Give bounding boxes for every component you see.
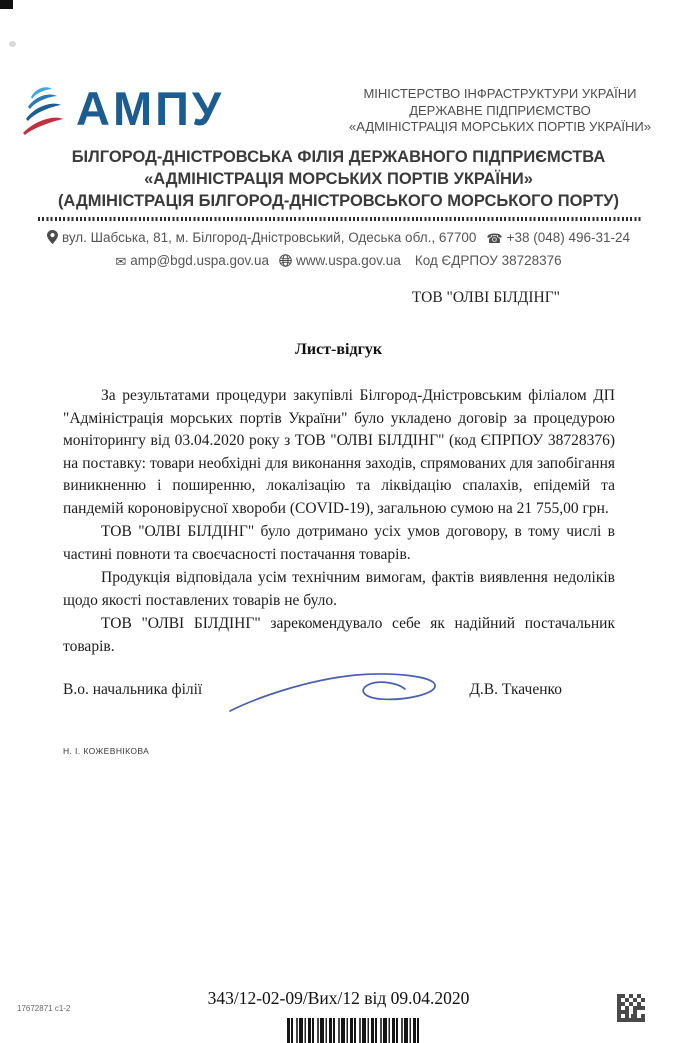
barcode (287, 1018, 420, 1043)
letter-body: За результатами процедури закупівлі Білг… (63, 385, 615, 658)
paragraph: ТОВ "ОЛВІ БІЛДІНГ" зарекомендувало себе … (63, 613, 615, 658)
signer-name: Д.В. Ткаченко (469, 681, 562, 699)
paragraph: За результатами процедури закупівлі Білг… (63, 385, 615, 520)
handwritten-signature (202, 664, 469, 716)
executor-name: Н. І. КОЖЕВНІКОВА (63, 746, 677, 756)
datamatrix-code (617, 994, 645, 1027)
reference-number: 343/12-02-09/Вих/12 від 09.04.2020 (0, 988, 677, 1009)
logo-wordmark: АМПУ (76, 84, 224, 134)
signature-row: В.о. начальника філії Д.В. Ткаченко (63, 662, 614, 718)
branch-line: (АДМІНІСТРАЦІЯ БІЛГОРОД-ДНІСТРОВСЬКОГО М… (0, 190, 677, 212)
paragraph: ТОВ "ОЛВІ БІЛДІНГ" було дотримано усіх у… (63, 521, 615, 566)
location-pin-icon (47, 230, 58, 244)
address-text: вул. Шабська, 81, м. Білгород-Дністровсь… (62, 230, 476, 245)
ministry-line: ДЕРЖАВНЕ ПІДПРИЄМСТВО (349, 103, 651, 120)
ministry-block: МІНІСТЕРСТВО ІНФРАСТРУКТУРИ УКРАЇНИ ДЕРЖ… (349, 82, 651, 136)
ministry-line: «АДМІНІСТРАЦІЯ МОРСЬКИХ ПОРТІВ УКРАЇНИ» (349, 119, 651, 136)
ampu-logo: АМПУ (20, 82, 224, 140)
phone-icon: ☎ (486, 232, 502, 247)
recipient: ТОВ "ОЛВІ БІЛДІНГ" (0, 289, 677, 307)
contact-line-web: ✉amp@bgd.uspa.gov.ua www.uspa.gov.uaКод … (0, 252, 677, 271)
phone-number: +38 (048) 496-31-24 (507, 230, 630, 245)
sail-logo-icon (20, 82, 64, 140)
edrpou-code: Код ЄДРПОУ 38728376 (415, 253, 562, 268)
contact-line-address: вул. Шабська, 81, м. Білгород-Дністровсь… (0, 229, 677, 248)
scan-corner-artifact (0, 0, 13, 9)
scanned-letter-page: АМПУ МІНІСТЕРСТВО ІНФРАСТРУКТУРИ УКРАЇНИ… (0, 0, 677, 1043)
branch-line: «АДМІНІСТРАЦІЯ МОРСЬКИХ ПОРТІВ УКРАЇНИ» (0, 168, 677, 190)
ministry-line: МІНІСТЕРСТВО ІНФРАСТРУКТУРИ УКРАЇНИ (349, 86, 651, 103)
website-text: www.uspa.gov.ua (296, 253, 401, 268)
envelope-icon: ✉ (115, 255, 126, 270)
globe-icon (279, 254, 292, 267)
scan-speck (9, 41, 16, 47)
letter-title: Лист-відгук (0, 341, 677, 359)
paragraph: Продукція відповідала усім технічним вим… (63, 567, 615, 612)
signer-position: В.о. начальника філії (63, 681, 202, 699)
dotted-separator (38, 217, 641, 221)
branch-name-block: БІЛГОРОД-ДНІСТРОВСЬКА ФІЛІЯ ДЕРЖАВНОГО П… (0, 146, 677, 212)
letterhead: АМПУ МІНІСТЕРСТВО ІНФРАСТРУКТУРИ УКРАЇНИ… (0, 82, 677, 140)
branch-line: БІЛГОРОД-ДНІСТРОВСЬКА ФІЛІЯ ДЕРЖАВНОГО П… (0, 146, 677, 168)
email-text: amp@bgd.uspa.gov.ua (130, 253, 269, 268)
